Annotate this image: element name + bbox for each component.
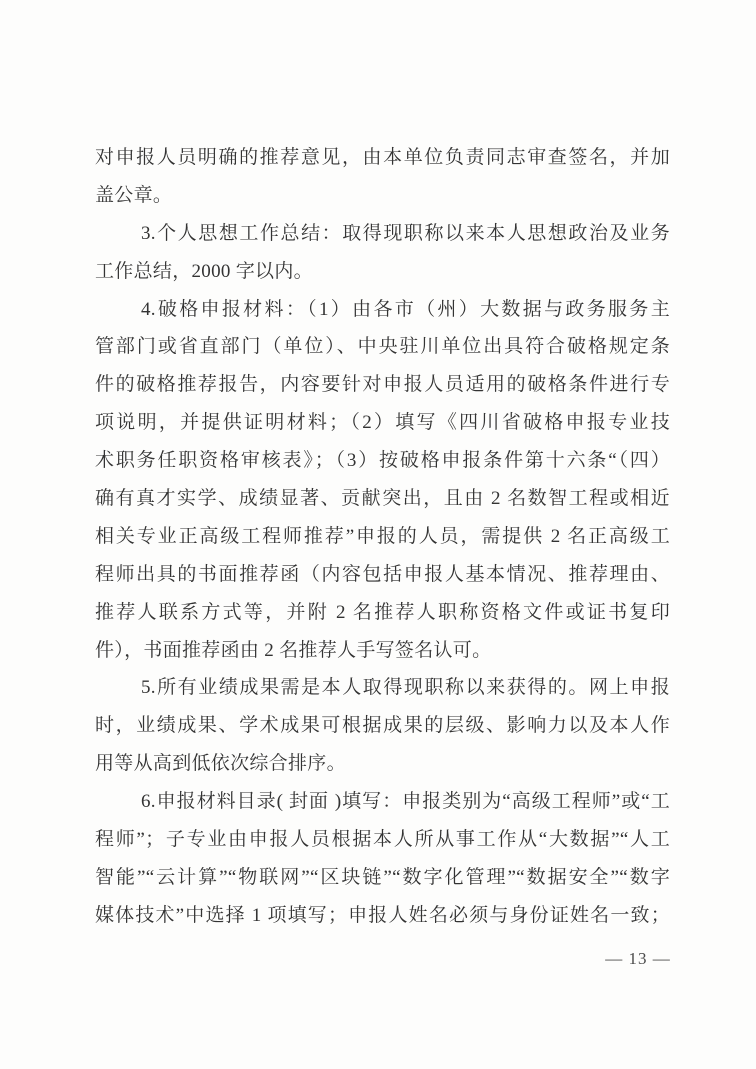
- body-line: 程师”；子专业由申报人员根据本人所从事工作从“大数据”“人工: [95, 821, 670, 859]
- body-line: 工作总结，2000 字以内。: [95, 253, 670, 291]
- body-line: 件的破格推荐报告，内容要针对申报人员适用的破格条件进行专: [95, 366, 670, 404]
- body-text-block: 对申报人员明确的推荐意见，由本单位负责同志审查签名，并加 盖公章。 3.个人思想…: [95, 139, 670, 935]
- body-line: 对申报人员明确的推荐意见，由本单位负责同志审查签名，并加: [95, 139, 670, 177]
- scanned-document-page: 对申报人员明确的推荐意见，由本单位负责同志审查签名，并加 盖公章。 3.个人思想…: [0, 0, 756, 1069]
- body-line: 管部门或省直部门（单位）、中央驻川单位出具符合破格规定条: [95, 328, 670, 366]
- body-line: 盖公章。: [95, 177, 670, 215]
- body-line: 件），书面推荐函由 2 名推荐人手写签名认可。: [95, 632, 670, 670]
- body-line: 用等从高到低依次综合排序。: [95, 745, 670, 783]
- body-line: 术职务任职资格审核表》；（3）按破格申报条件第十六条“（四）: [95, 442, 670, 480]
- body-line: 程师出具的书面推荐函（内容包括申报人基本情况、推荐理由、: [95, 556, 670, 594]
- body-line: 智能”“云计算”“物联网”“区块链”“数字化管理”“数据安全”“数字: [95, 859, 670, 897]
- body-line: 时，业绩成果、学术成果可根据成果的层级、影响力以及本人作: [95, 707, 670, 745]
- body-line: 4.破格申报材料：（1）由各市（州）大数据与政务服务主: [95, 291, 670, 329]
- body-line: 确有真才实学、成绩显著、贡献突出，且由 2 名数智工程或相近: [95, 480, 670, 518]
- body-line: 媒体技术”中选择 1 项填写；申报人姓名必须与身份证姓名一致；: [95, 897, 670, 935]
- body-line: 项说明，并提供证明材料；（2）填写《四川省破格申报专业技: [95, 404, 670, 442]
- page-number: — 13 —: [596, 947, 680, 971]
- body-line: 6.申报材料目录( 封面 )填写：申报类别为“高级工程师”或“工: [95, 783, 670, 821]
- body-line: 3.个人思想工作总结：取得现职称以来本人思想政治及业务: [95, 215, 670, 253]
- body-line: 推荐人联系方式等，并附 2 名推荐人职称资格文件或证书复印: [95, 594, 670, 632]
- body-line: 5.所有业绩成果需是本人取得现职称以来获得的。网上申报: [95, 669, 670, 707]
- body-line: 相关专业正高级工程师推荐”申报的人员，需提供 2 名正高级工: [95, 518, 670, 556]
